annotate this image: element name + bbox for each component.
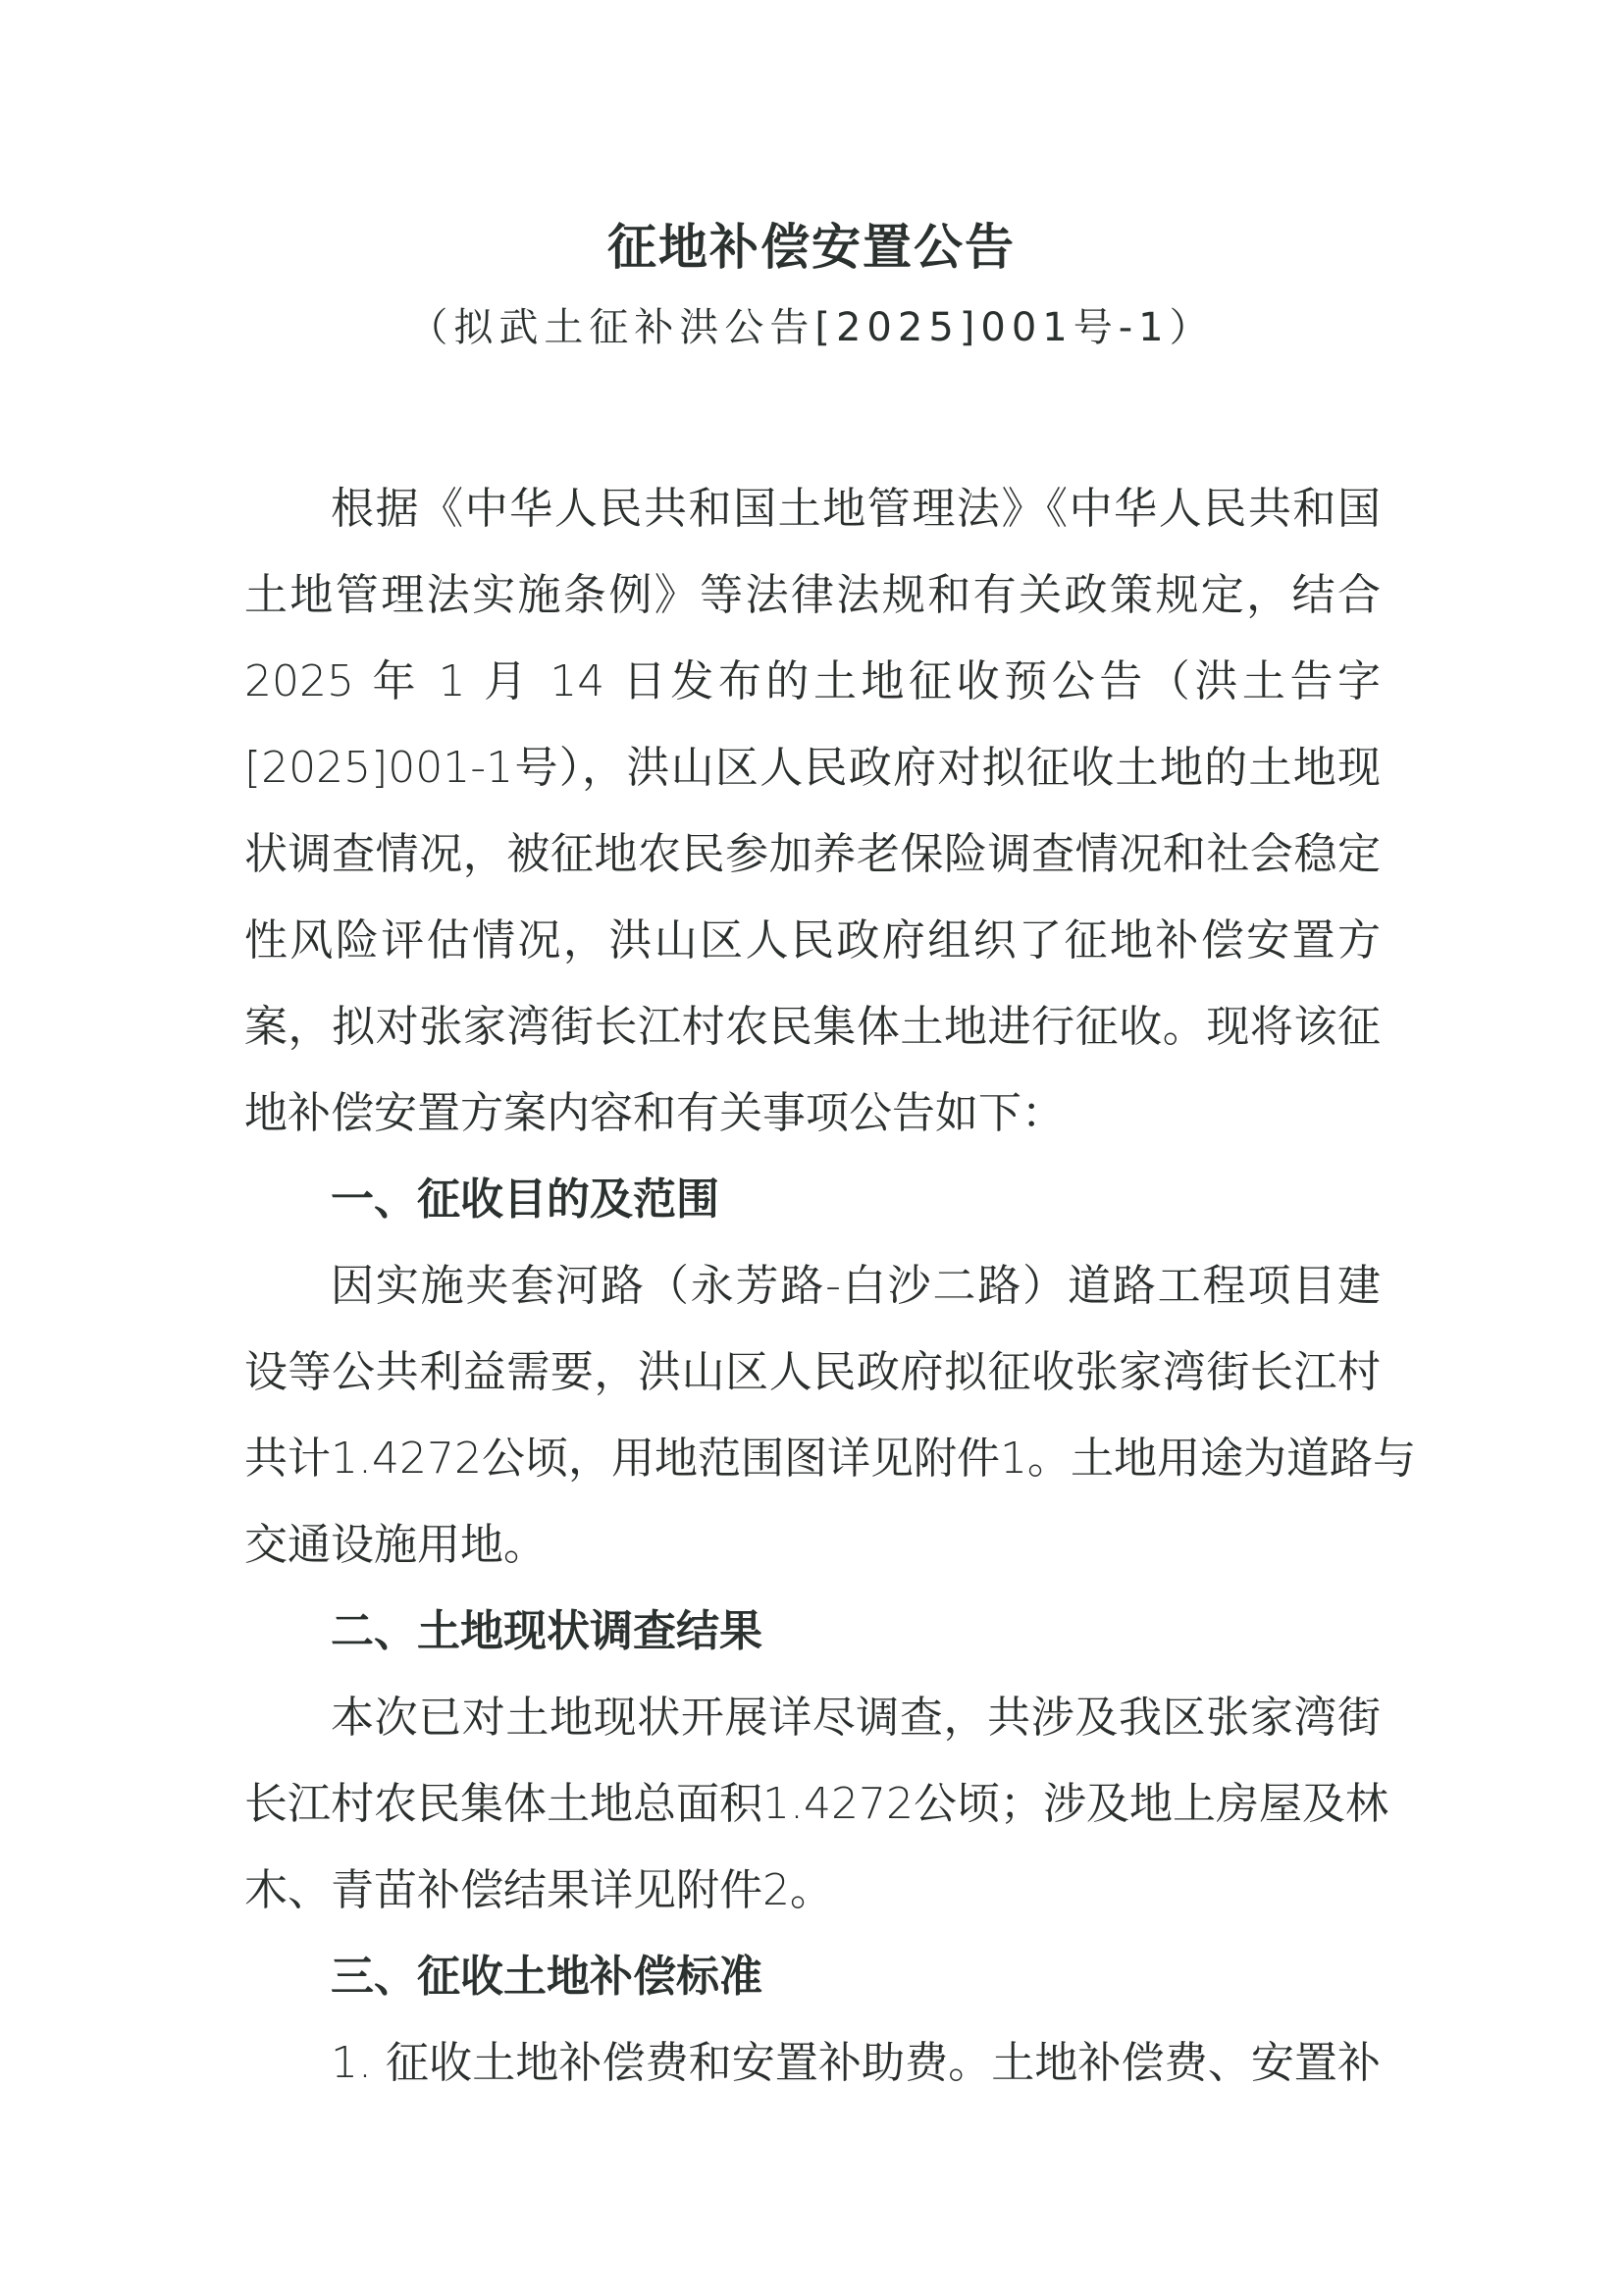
paragraph-line: 土地管理法实施条例》等法律法规和有关政策规定，结合 bbox=[244, 552, 1381, 639]
paragraph-line: 地补偿安置方案内容和有关事项公告如下： bbox=[244, 1070, 1381, 1157]
paragraph-line: 状调查情况，被征地农民参加养老保险调查情况和社会稳定 bbox=[244, 811, 1381, 898]
paragraph-line: 因实施夹套河路（永芳路-白沙二路）道路工程项目建 bbox=[244, 1243, 1381, 1330]
paragraph-line: 性风险评估情况，洪山区人民政府组织了征地补偿安置方 bbox=[244, 898, 1381, 984]
paragraph-line: [2025]001-1号），洪山区人民政府对拟征收土地的土地现 bbox=[244, 725, 1381, 811]
paragraph-line: 设等公共利益需要，洪山区人民政府拟征收张家湾街长江村 bbox=[244, 1330, 1381, 1416]
paragraph-line: 木、青苗补偿结果详见附件2。 bbox=[244, 1848, 1381, 1934]
paragraph-line: 交通设施用地。 bbox=[244, 1502, 1381, 1589]
section-heading-survey: 二、土地现状调查结果 bbox=[244, 1589, 1381, 1675]
document-title: 征地补偿安置公告 bbox=[0, 208, 1623, 279]
paragraph-line: 共计1.4272公顷，用地范围图详见附件1。土地用途为道路与 bbox=[244, 1416, 1381, 1502]
paragraph-line: 1. 征收土地补偿费和安置补助费。土地补偿费、安置补 bbox=[244, 2020, 1381, 2107]
paragraph-line: 根据《中华人民共和国土地管理法》《中华人民共和国 bbox=[244, 466, 1381, 552]
document-number: （拟武土征补洪公告[2025]001号-1） bbox=[0, 296, 1623, 352]
paragraph-line: 案，拟对张家湾街长江村农民集体土地进行征收。现将该征 bbox=[244, 984, 1381, 1070]
section-heading-standard: 三、征收土地补偿标准 bbox=[244, 1934, 1381, 2020]
section-heading-purpose: 一、征收目的及范围 bbox=[244, 1157, 1381, 1243]
paragraph-line: 本次已对土地现状开展详尽调查，共涉及我区张家湾街 bbox=[244, 1675, 1381, 1761]
document-body: 根据《中华人民共和国土地管理法》《中华人民共和国 土地管理法实施条例》等法律法规… bbox=[244, 466, 1381, 2107]
paragraph-line: 2025 年 1 月 14 日发布的土地征收预公告（洪土告字 bbox=[244, 639, 1381, 725]
paragraph-line: 长江村农民集体土地总面积1.4272公顷；涉及地上房屋及林 bbox=[244, 1761, 1381, 1848]
